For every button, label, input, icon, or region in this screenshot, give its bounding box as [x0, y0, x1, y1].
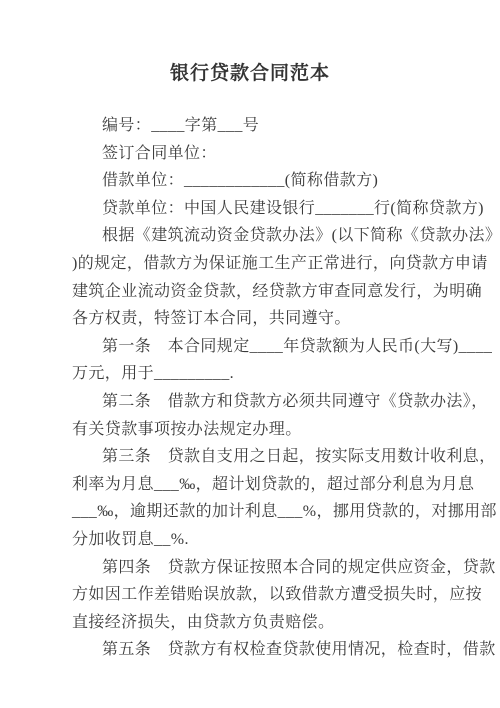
- document-title: 银行贷款合同范本: [0, 58, 500, 85]
- article-5-line-1: 第五条 贷款方有权检查贷款使用情况，检查时，借款: [72, 636, 500, 664]
- preamble-line-2: )的规定，借款方为保证施工生产正常进行，向贷款方申请: [72, 250, 500, 278]
- article-1-line-1: 第一条 本合同规定____年贷款额为人民币(大写)____: [72, 333, 500, 361]
- lender-unit-line: 贷款单位：中国人民建设银行_______行(简称贷款方): [72, 195, 500, 223]
- contract-document-page: 银行贷款合同范本 编号：____字第___号 签订合同单位： 借款单位：____…: [0, 0, 500, 708]
- article-4-line-1: 第四条 贷款方保证按照本合同的规定供应资金，贷款: [72, 554, 500, 582]
- borrower-unit-line: 借款单位：____________(简称借款方): [72, 167, 500, 195]
- article-2-line-1: 第二条 借款方和贷款方必须共同遵守《贷款办法》，: [72, 388, 500, 416]
- article-2-line-2: 有关贷款事项按办法规定办理。: [72, 416, 500, 444]
- contract-number-line: 编号：____字第___号: [72, 112, 500, 140]
- article-3-line-1: 第三条 贷款自支用之日起，按实际支用数计收利息，: [72, 443, 500, 471]
- article-1-line-2: 万元，用于_________.: [72, 360, 500, 388]
- article-3-line-2: 利率为月息___‰，超计划贷款的，超过部分利息为月息: [72, 471, 500, 499]
- preamble-line-3: 建筑企业流动资金贷款，经贷款方审查同意发行，为明确: [72, 278, 500, 306]
- document-body: 编号：____字第___号 签订合同单位： 借款单位：____________(…: [72, 112, 500, 664]
- article-4-line-3: 直接经济损失，由贷款方负责赔偿。: [72, 609, 500, 637]
- article-3-line-3: ___‰，逾期还款的加计利息___%，挪用贷款的，对挪用部: [72, 498, 500, 526]
- preamble-line-4: 各方权责，特签订本合同，共同遵守。: [72, 305, 500, 333]
- article-4-line-2: 方如因工作差错贻误放款，以致借款方遭受损失时，应按: [72, 581, 500, 609]
- article-3-line-4: 分加收罚息__%.: [72, 526, 500, 554]
- preamble-line-1: 根据《建筑流动资金贷款办法》(以下简称《贷款办法》: [72, 222, 500, 250]
- signing-unit-line: 签订合同单位：: [72, 140, 500, 168]
